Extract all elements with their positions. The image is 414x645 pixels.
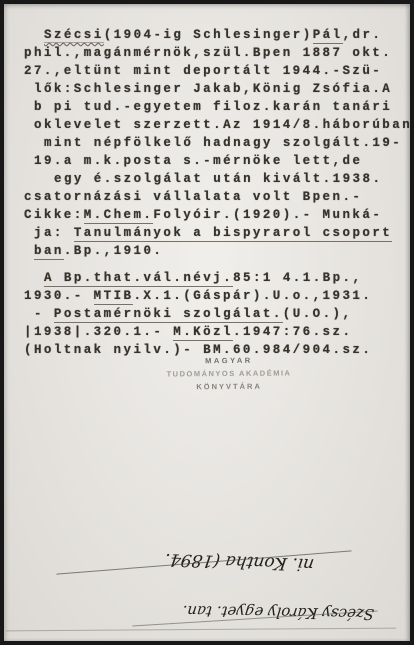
- typed-line: ja: Tanulmányok a bispyrarol csoport: [24, 224, 406, 242]
- stamp-line-3: KÖNYVTÁRA: [154, 381, 304, 391]
- library-stamp: MAGYAR TUDOMÁNYOS AKADÉMIA KÖNYVTÁRA: [154, 355, 304, 391]
- typed-line: |1938|.320.1.- M.Közl.1947:76.sz.: [24, 323, 406, 341]
- typed-text-block: Szécsi(1904-ig Schlesinger)Pál,dr.phil.,…: [24, 26, 406, 359]
- typed-line: - Postamérnöki szolgálat.(U.O.),: [24, 305, 406, 323]
- card-edge-shadow: [6, 628, 396, 632]
- scanned-card: Szécsi(1904-ig Schlesinger)Pál,dr.phil.,…: [0, 0, 414, 645]
- handwritten-note-lower: Szécsy Károly egyet. tan.: [111, 601, 375, 624]
- typed-line: b pi tud.-egyetem filoz.karán tanári: [24, 98, 406, 116]
- stamp-line-2: TUDOMÁNYOS AKADÉMIA: [154, 368, 304, 378]
- typed-line: lők:Schlesinger Jakab,König Zsófia.A: [24, 80, 406, 98]
- typed-line: mint népfölkelő hadnagy szolgált.19-: [24, 134, 406, 152]
- handwritten-note-upper-text: ni. Kontha (1894.: [163, 549, 315, 574]
- stamp-line-1: MAGYAR: [154, 355, 304, 365]
- typed-line: oklevelet szerzett.Az 1914/8.háborúban: [24, 116, 406, 134]
- typed-line: phil.,magánmérnök,szül.Bpen 1887 okt.: [24, 44, 406, 62]
- typed-line: Szécsi(1904-ig Schlesinger)Pál,dr.: [24, 26, 406, 44]
- typed-line: Cikke:M.Chem.Folyóir.(1920).- Munká-: [24, 206, 406, 224]
- typed-line: csatornázási vállalata volt Bpen.-: [24, 188, 406, 206]
- typed-line: egy é.szolgálat után kivált.1938.: [24, 170, 406, 188]
- typed-line: [24, 260, 406, 269]
- typed-line: A Bp.that.vál.névj.85:1 4.1.Bp.,: [24, 269, 406, 287]
- typed-line: ban.Bp.,1910.: [24, 242, 406, 260]
- typed-line: 27.,eltünt mint deportált 1944.-Szü-: [24, 62, 406, 80]
- typed-line: 1930.- MTIB.X.1.(Gáspár).U.o.,1931.: [24, 287, 406, 305]
- typed-line: 19.a m.k.posta s.-mérnöke lett,de: [24, 152, 406, 170]
